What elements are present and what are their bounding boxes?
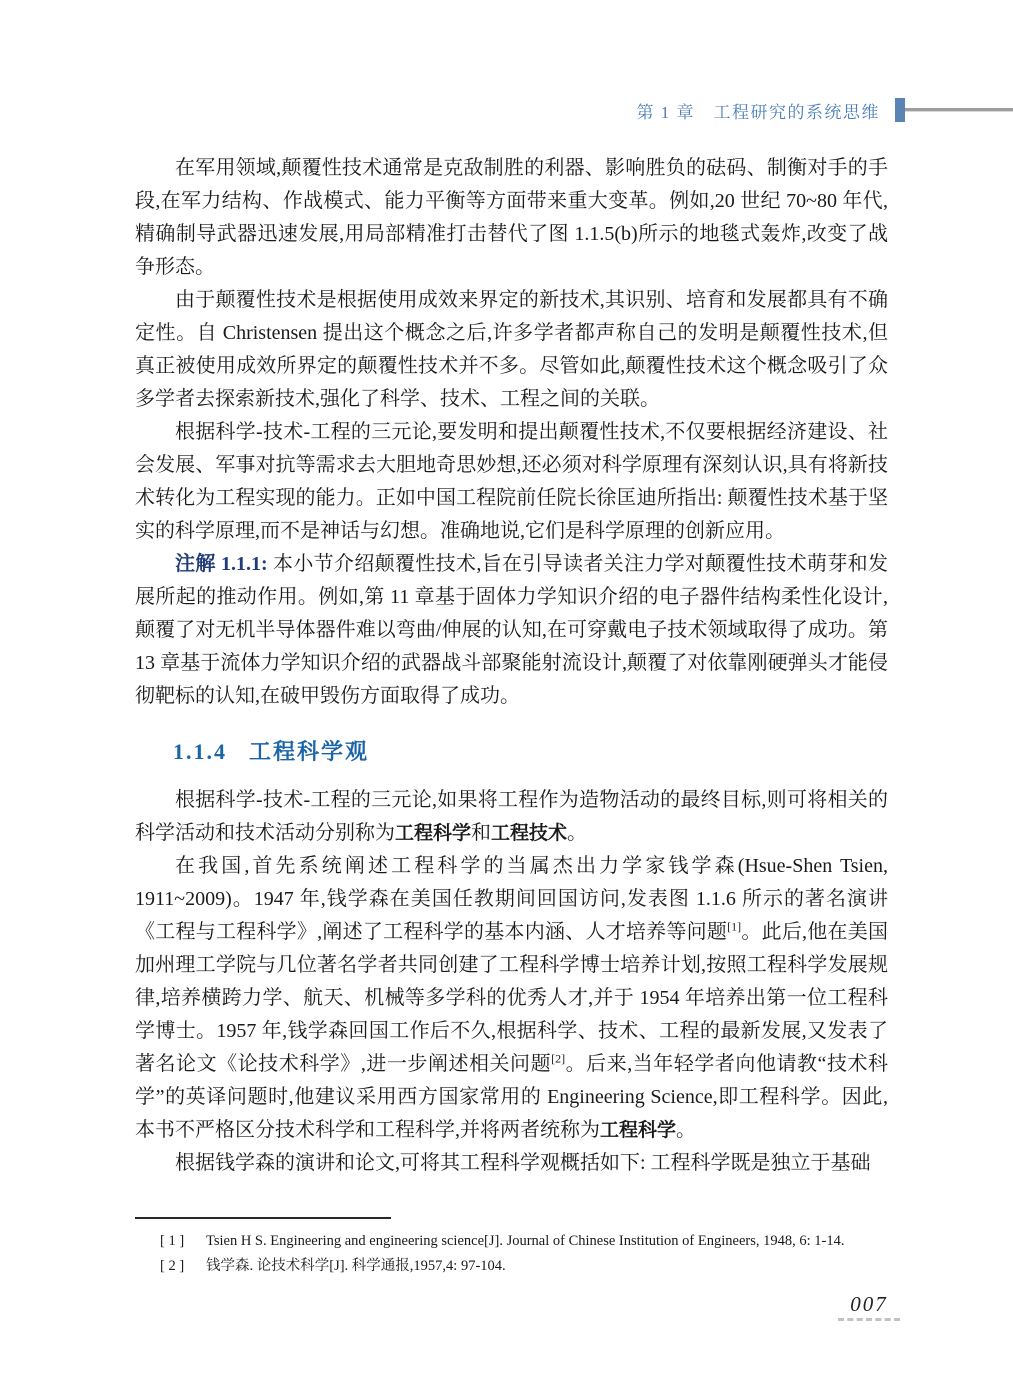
section-title: 工程科学观 xyxy=(249,737,369,767)
footnote-2-marker: [ 2 ] xyxy=(160,1254,206,1279)
paragraph-military-field: 在军用领域,颠覆性技术通常是克敌制胜的利器、影响胜负的砝码、制衡对手的手段,在军… xyxy=(135,152,888,284)
running-header: 第 1 章 工程研究的系统思维 xyxy=(0,96,1013,124)
footnote-1-text: Tsien H S. Engineering and engineering s… xyxy=(206,1229,892,1254)
footnotes: [ 1 ] Tsien H S. Engineering and enginee… xyxy=(160,1229,892,1279)
section-number: 1.1.4 xyxy=(173,737,227,767)
footnote-2: [ 2 ] 钱学森. 论技术科学[J]. 科学通报,1957,4: 97-104… xyxy=(160,1254,892,1279)
paragraph-engineering-science-naming: 根据科学-技术-工程的三元论,如果将工程作为造物活动的最终目标,则可将相关的科学… xyxy=(135,784,888,850)
page-number-block: 007 xyxy=(838,1292,900,1321)
paragraph-note-1-1-1: 注解 1.1.1: 本小节介绍颠覆性技术,旨在引导读者关注力学对颠覆性技术萌芽和… xyxy=(135,548,888,713)
paragraph-disruptive-definition: 由于颠覆性技术是根据使用成效来界定的新技术,其识别、培育和发展都具有不确定性。自… xyxy=(135,284,888,416)
page-body: 在军用领域,颠覆性技术通常是克敌制胜的利器、影响胜负的砝码、制衡对手的手段,在军… xyxy=(135,152,888,1180)
footnote-1-marker: [ 1 ] xyxy=(160,1229,206,1254)
header-bar-decoration xyxy=(895,98,905,122)
paragraph-summary-lead-in: 根据钱学森的演讲和论文,可将其工程科学观概括如下: 工程科学既是独立于基础 xyxy=(135,1147,888,1180)
paragraph-three-element-theory: 根据科学-技术-工程的三元论,要发明和提出颠覆性技术,不仅要根据经济建设、社会发… xyxy=(135,416,888,548)
footnote-2-text: 钱学森. 论技术科学[J]. 科学通报,1957,4: 97-104. xyxy=(206,1254,892,1279)
running-header-chapter-title: 第 1 章 工程研究的系统思维 xyxy=(637,98,881,123)
section-heading-1-1-4: 1.1.4 工程科学观 xyxy=(135,737,888,767)
page-number: 007 xyxy=(838,1292,900,1316)
footnote-1: [ 1 ] Tsien H S. Engineering and enginee… xyxy=(160,1229,892,1254)
page-number-dashes-decoration xyxy=(838,1318,900,1321)
paragraph-qian-xuesen-history: 在我国,首先系统阐述工程科学的当属杰出力学家钱学森(Hsue-Shen Tsie… xyxy=(135,850,888,1147)
footnote-separator-rule xyxy=(135,1217,391,1219)
header-rule-line xyxy=(905,108,1013,112)
book-page: 第 1 章 工程研究的系统思维 在军用领域,颠覆性技术通常是克敌制胜的利器、影响… xyxy=(0,0,1013,1396)
